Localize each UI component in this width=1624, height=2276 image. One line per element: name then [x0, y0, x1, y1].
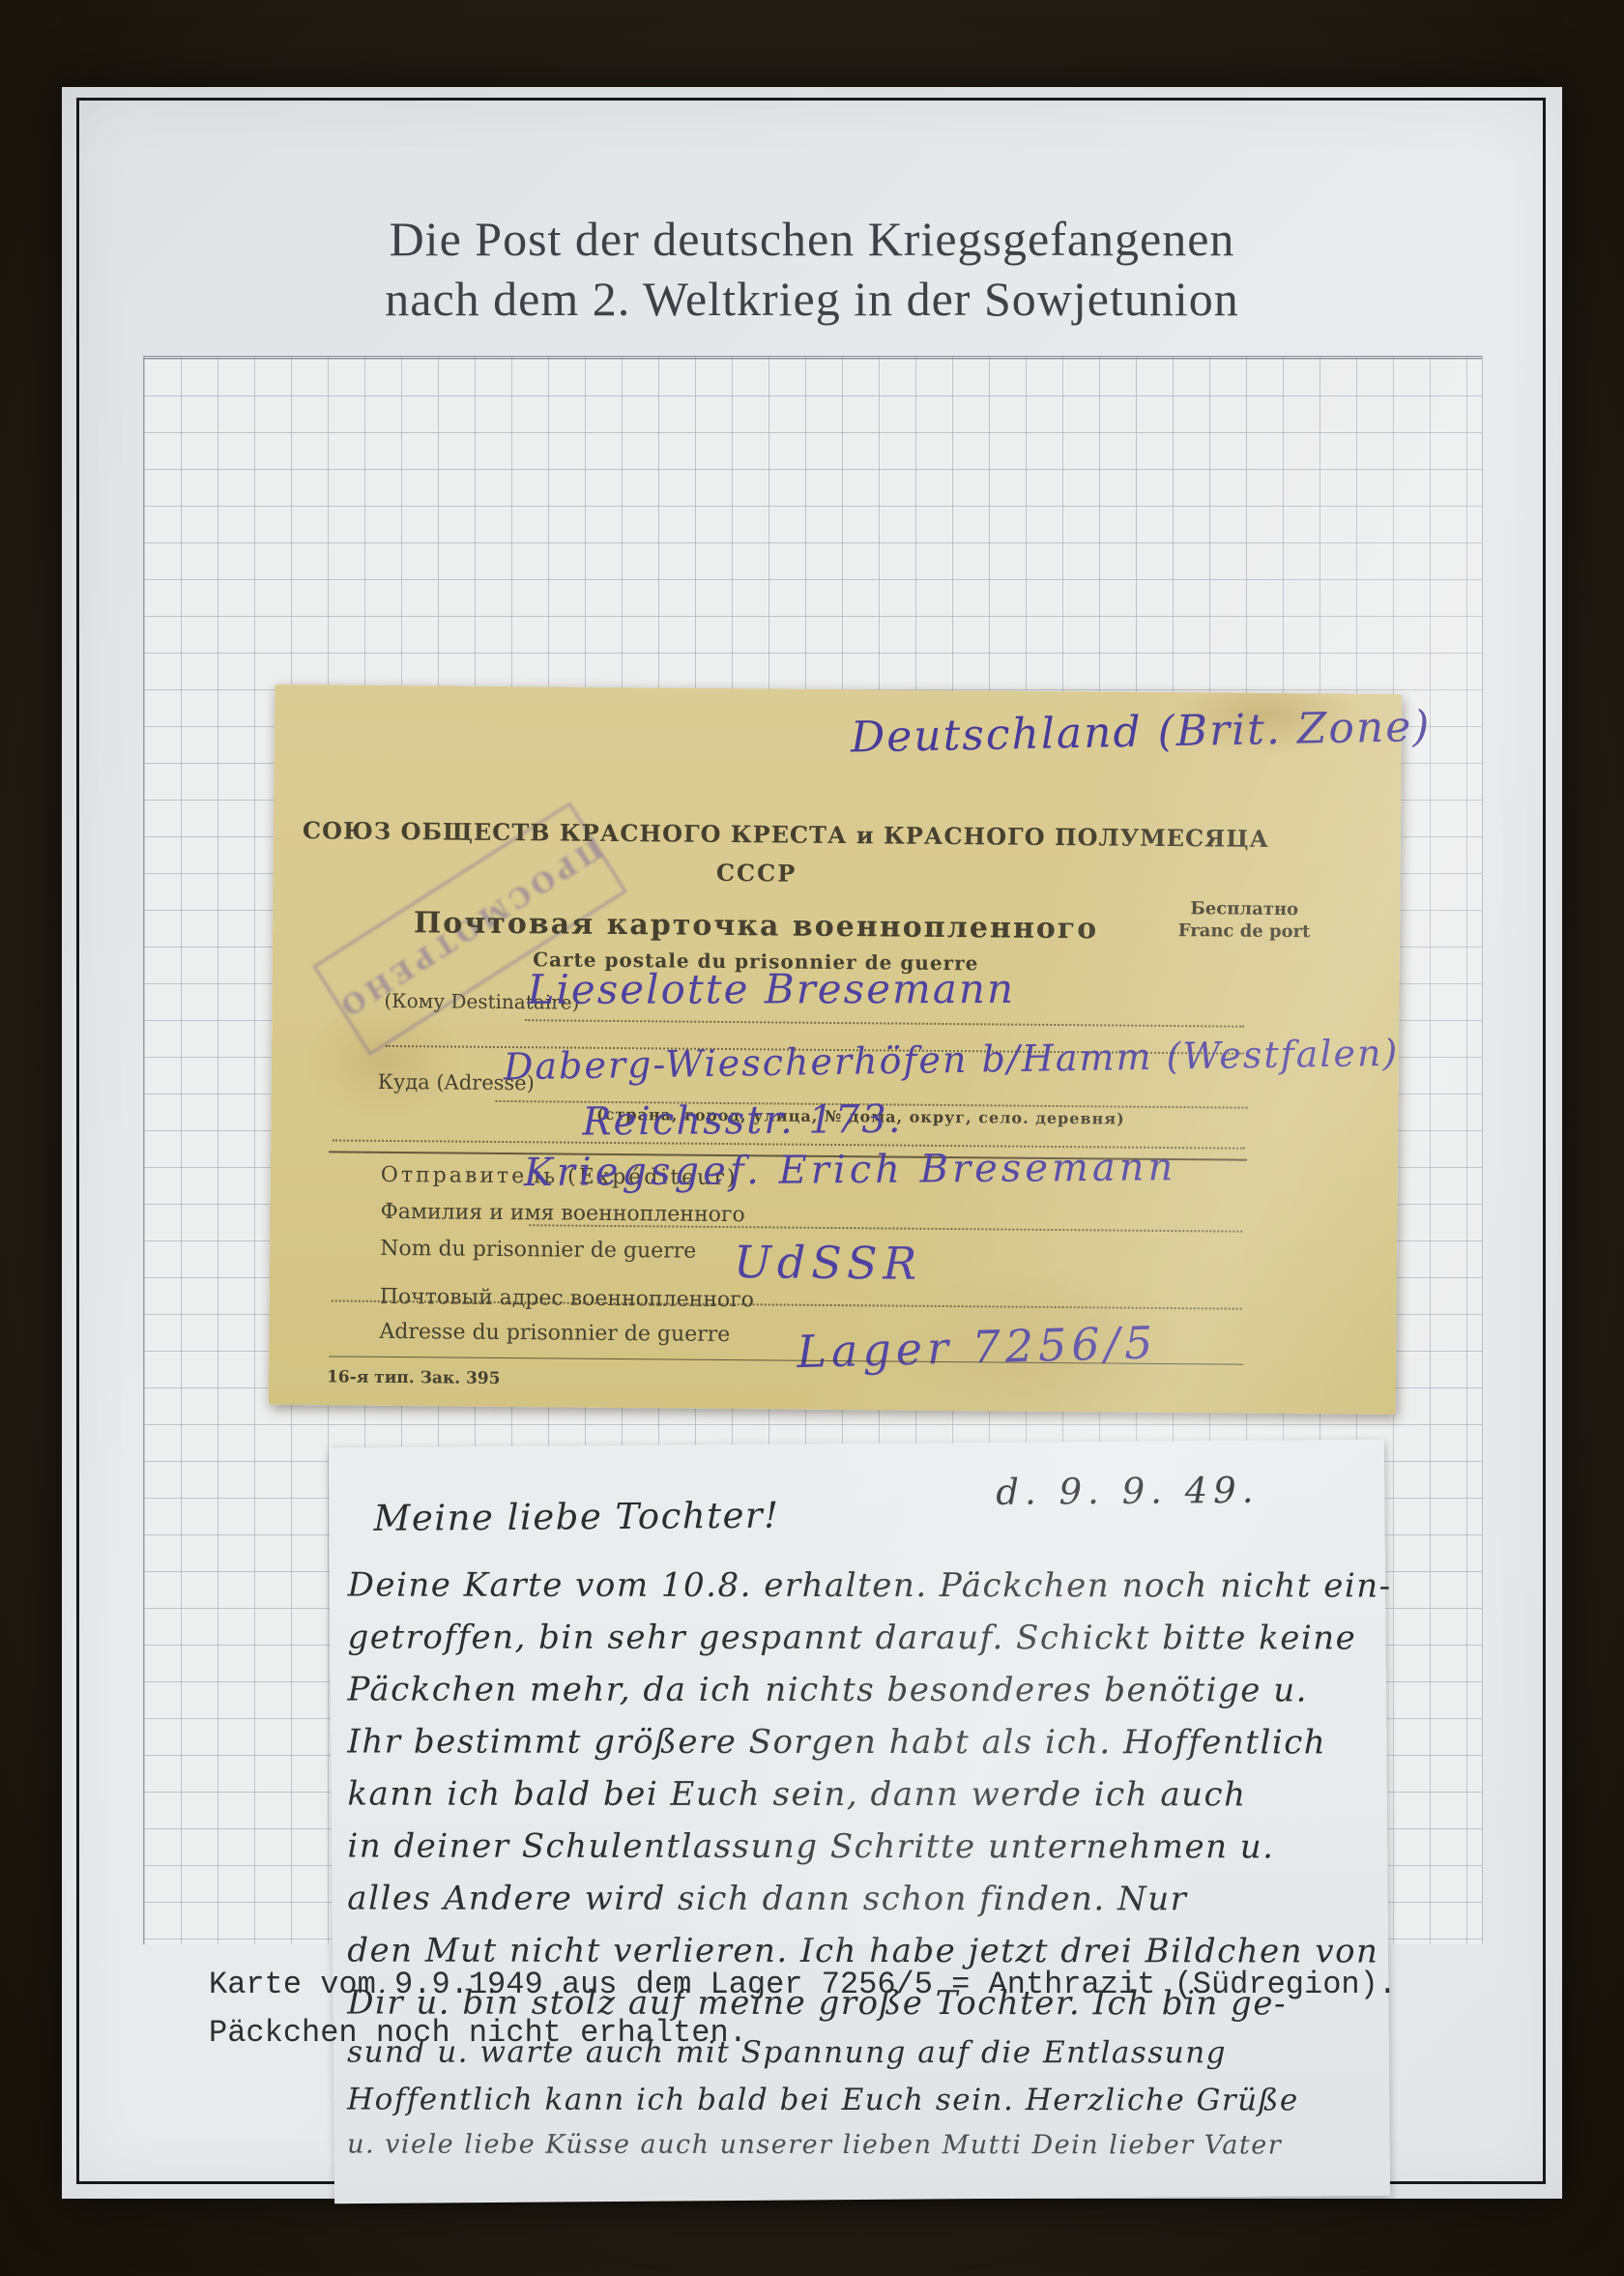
- message-line: Ihr bestimmt größere Sorgen habt als ich…: [347, 1716, 1374, 1769]
- salutation-handwriting: Meine liebe Tochter!: [373, 1495, 779, 1539]
- handwritten-message-card: Meine liebe Tochter! d. 9. 9. 49. Deine …: [329, 1440, 1390, 2204]
- message-line: getroffen, bin sehr gespannt darauf. Sch…: [348, 1612, 1375, 1665]
- sender-address-label-french: Adresse du prisonnier de guerre: [379, 1320, 730, 1347]
- postage-free-french: Franc de port: [1162, 919, 1326, 943]
- date-handwriting: d. 9. 9. 49.: [996, 1470, 1260, 1513]
- camp-number-handwriting: Lager 7256/5: [797, 1316, 1158, 1378]
- message-line: u. viele liebe Küsse auch unserer lieben…: [347, 2124, 1374, 2168]
- destinataire-handwriting: Lieselotte Bresemann: [528, 965, 1016, 1013]
- page-title-line1: Die Post der deutschen Kriegsgefangenen: [62, 209, 1562, 269]
- message-line: Hoffentlich kann ich bald bei Euch sein.…: [347, 2077, 1374, 2125]
- print-shop-imprint: 16-я тип. Зак. 395: [327, 1367, 501, 1388]
- address-handwriting: Daberg-Wiescherhöfen b/Hamm (Westfalen): [504, 1032, 1400, 1089]
- street-handwriting: Reichsstr. 173.: [582, 1097, 902, 1145]
- ruled-line: [525, 1019, 1244, 1027]
- destination-annotation-handwriting: Deutschland (Brit. Zone): [850, 702, 1431, 763]
- sender-name-handwriting: Kriegsgef. Erich Bresemann: [524, 1145, 1177, 1195]
- message-line: Deine Karte vom 10.8. erhalten. Päckchen…: [348, 1560, 1375, 1613]
- country-handwriting: UdSSR: [734, 1236, 923, 1290]
- sender-name-label-french: Nom du prisonnier de guerre: [380, 1237, 696, 1264]
- caption-line1: Karte vom 9.9.1949 aus dem Lager 7256/5 …: [209, 1961, 1397, 2009]
- sender-address-label-russian: Почтовый адрес военнопленного: [380, 1285, 754, 1312]
- postage-free-note: Бесплатно Franc de port: [1162, 897, 1326, 943]
- photograph-of-album-page: { "page": { "title_line1": "Die Post der…: [0, 0, 1624, 2276]
- message-line: Päckchen mehr, da ich nichts besonderes …: [347, 1664, 1374, 1717]
- message-line: kann ich bald bei Euch sein, dann werde …: [347, 1768, 1374, 1822]
- album-page: Die Post der deutschen Kriegsgefangenen …: [62, 87, 1562, 2199]
- page-title: Die Post der deutschen Kriegsgefangenen …: [62, 209, 1562, 329]
- postage-free-russian: Бесплатно: [1162, 897, 1326, 920]
- message-body: Deine Karte vom 10.8. erhalten. Päckchen…: [347, 1560, 1375, 2168]
- graph-paper-sleeve: ПРОСМОТРЕНО Deutschland (Brit. Zone) СОЮ…: [143, 356, 1483, 1944]
- caption-line2: Päckchen noch nicht erhalten.: [209, 2009, 1397, 2057]
- page-title-line2: nach dem 2. Weltkrieg in der Sowjetunion: [62, 269, 1562, 329]
- message-line: in deiner Schulentlassung Schritte unter…: [347, 1821, 1374, 1874]
- red-cross-org-line1: СОЮЗ ОБЩЕСТВ КРАСНОГО КРЕСТА и КРАСНОГО …: [303, 816, 1211, 852]
- sender-name-label-russian: Фамилия и имя военнопленного: [380, 1200, 744, 1227]
- message-line: alles Andere wird sich dann schon finden…: [347, 1873, 1374, 1926]
- typewritten-caption: Karte vom 9.9.1949 aus dem Lager 7256/5 …: [209, 1961, 1397, 2057]
- ruled-line: [529, 1224, 1242, 1232]
- pow-postcard: ПРОСМОТРЕНО Deutschland (Brit. Zone) СОЮ…: [269, 685, 1402, 1415]
